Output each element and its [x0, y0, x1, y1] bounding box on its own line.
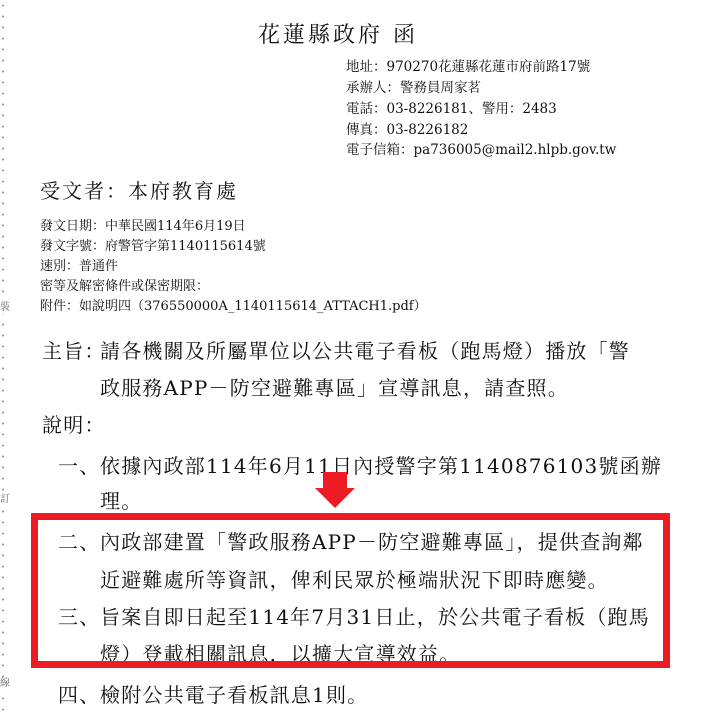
binding-mark-ding: 訂 — [0, 494, 10, 506]
item-1-line-1: 依據內政部114年6月11日內授警字第1140876103號函辦 — [100, 450, 662, 479]
recipient: 受文者：本府教育處 — [40, 175, 238, 204]
contact-fax: 傳真：03-8226182 — [346, 120, 468, 140]
meta-attachment[interactable]: 附件：如說明四（376550000A_1140115614_ATTACH1.pd… — [40, 297, 427, 317]
meta-date: 發文日期：中華民國114年6月19日 — [40, 217, 246, 237]
subject-line-1: 請各機關及所屬單位以公共電子看板（跑馬燈）播放「警 — [100, 335, 630, 364]
subject-line-2: 政服務APP－防空避難專區」宣導訊息，請查照。 — [100, 372, 569, 401]
meta-speed: 速別：普通件 — [40, 257, 118, 277]
highlight-box — [31, 513, 670, 668]
binding-mark-zhuang: 裝 — [0, 302, 10, 314]
contact-phone: 電話：03-8226181、警用：2483 — [346, 99, 557, 119]
binding-mark-xian: 線 — [0, 678, 10, 690]
contact-handler: 承辦人：警務員周家茗 — [346, 78, 481, 98]
subject-label: 主旨： — [42, 335, 106, 364]
meta-doc-number: 發文字號：府警管字第1140115614號 — [40, 237, 266, 257]
arrow-down-icon — [315, 472, 355, 508]
item-1-line-2: 理。 — [100, 485, 142, 514]
meta-classification: 密等及解密條件或保密期限： — [40, 277, 209, 297]
item-1-number: 一、 — [58, 450, 100, 479]
item-4-line-1: 檢附公共電子看板訊息1則。 — [100, 679, 368, 708]
explanation-label: 說明： — [42, 409, 106, 438]
contact-address: 地址：970270花蓮縣花蓮市府前路17號 — [346, 57, 590, 77]
document-title: 花蓮縣政府 函 — [258, 18, 418, 49]
binding-line — [1, 0, 5, 717]
contact-email[interactable]: 電子信箱：pa736005@mail2.hlpb.gov.tw — [346, 140, 616, 160]
item-4-number: 四、 — [58, 679, 100, 708]
